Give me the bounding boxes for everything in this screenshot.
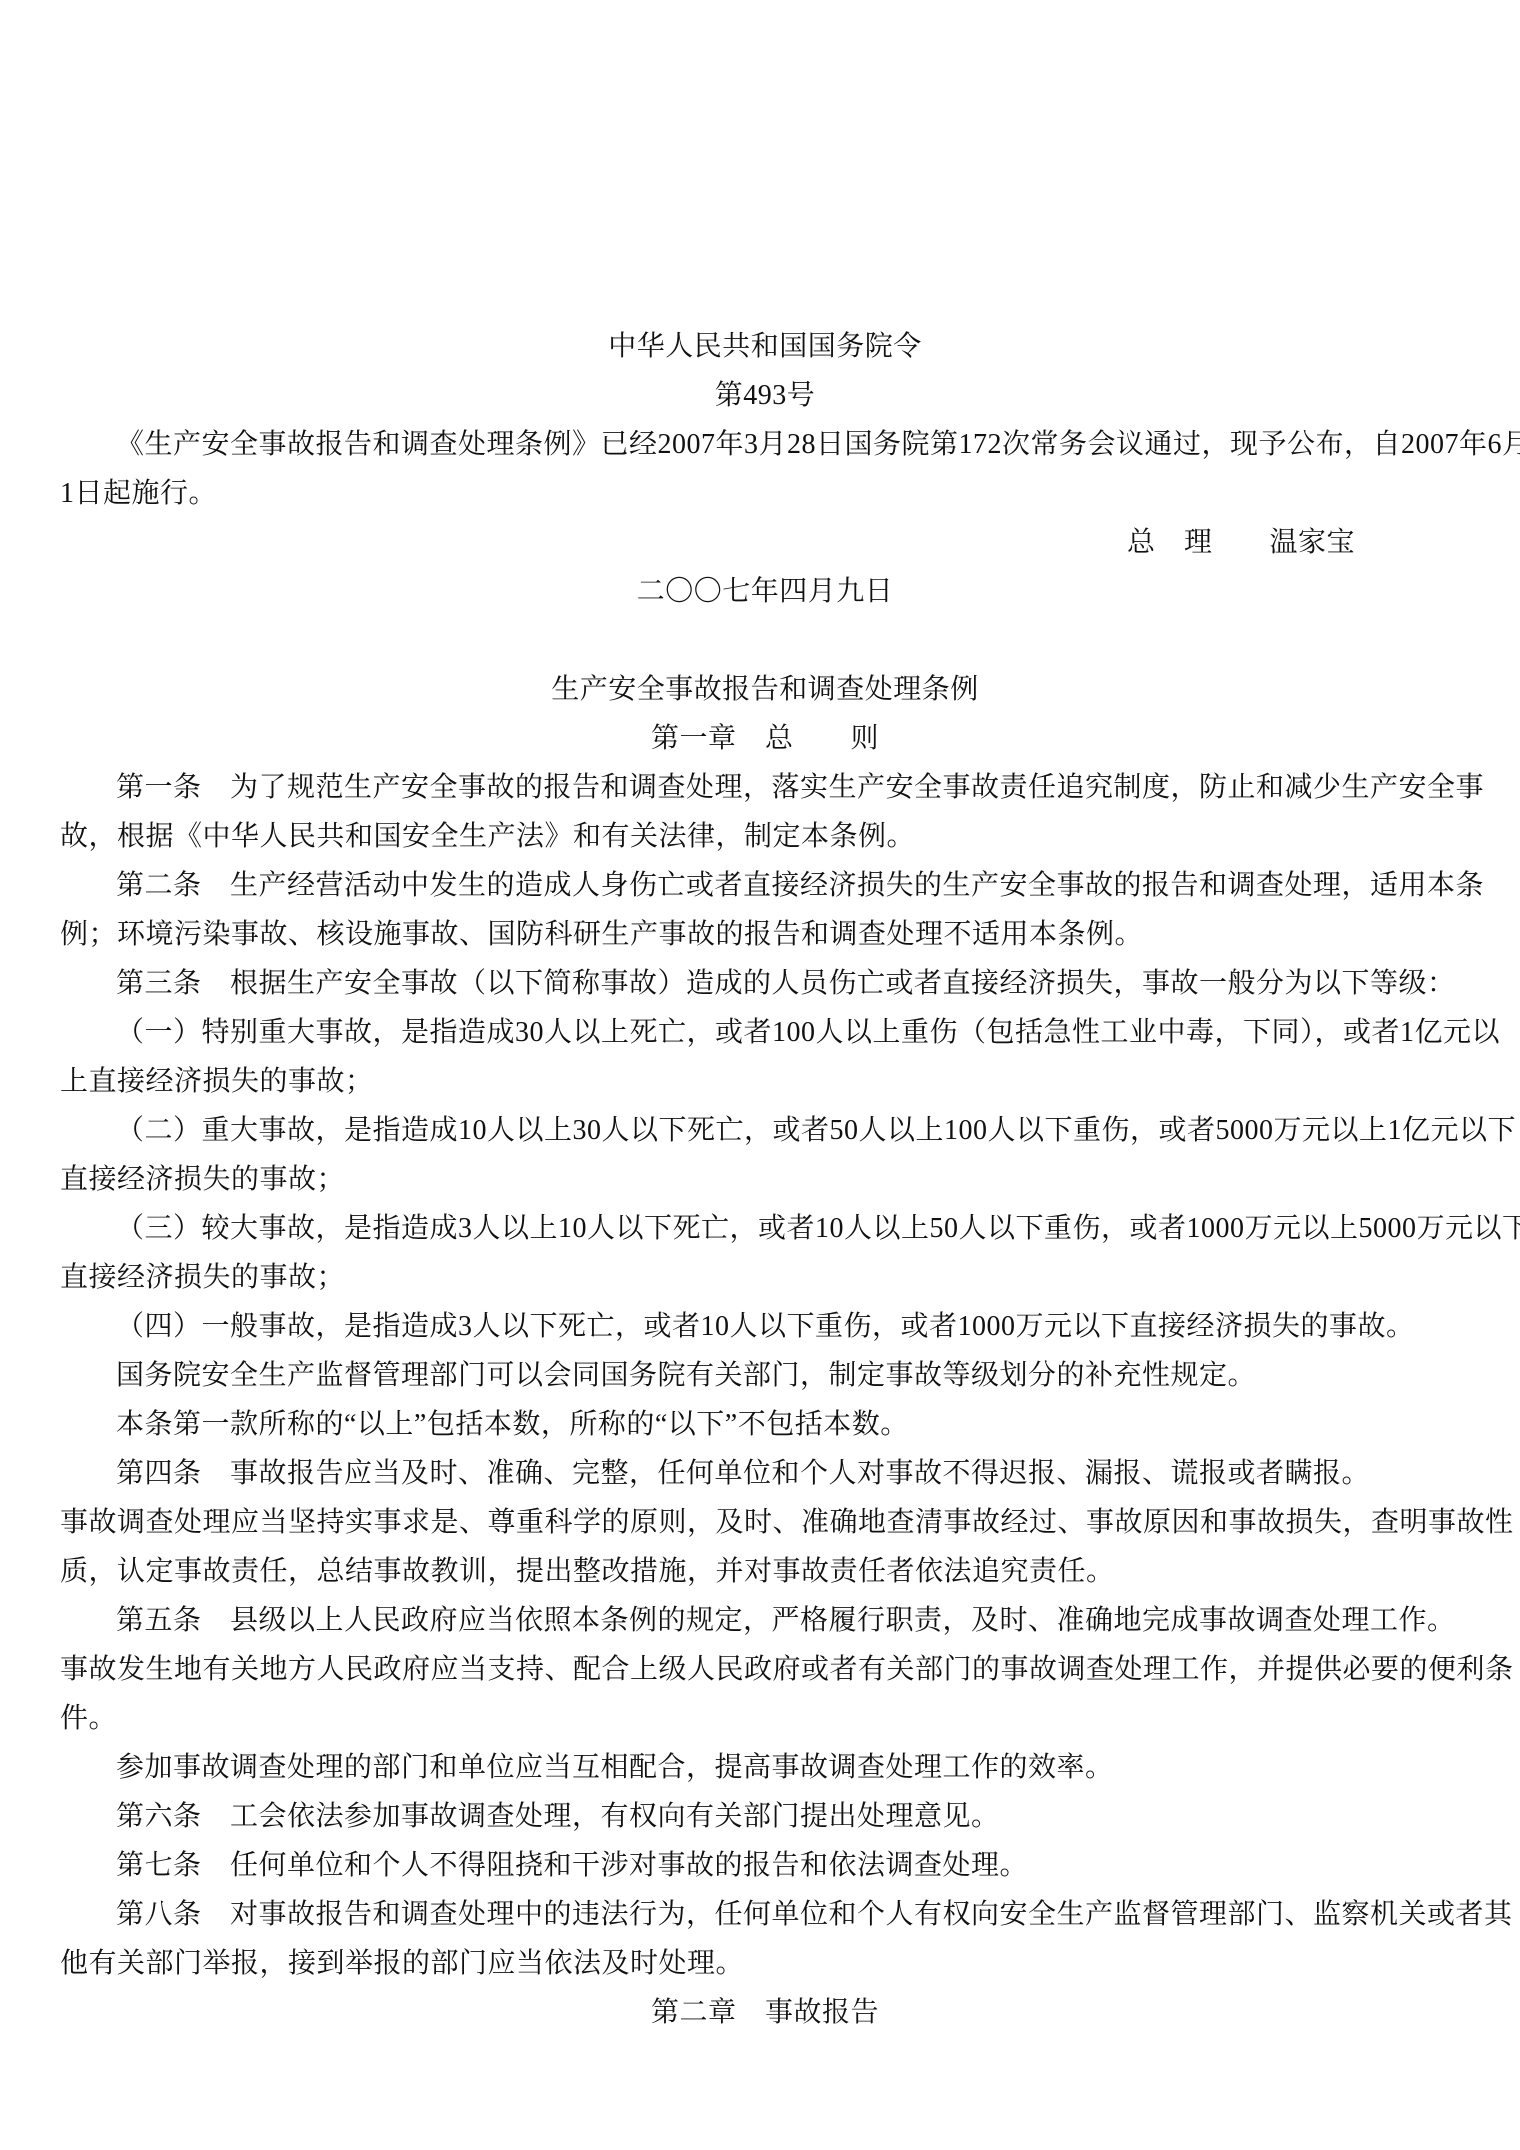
article-4-line-1: 第四条 事故报告应当及时、准确、完整，任何单位和个人对事故不得迟报、漏报、谎报或… [60,1449,1470,1498]
article-3-item-3-line-1: （三）较大事故，是指造成3人以上10人以下死亡，或者10人以上50人以下重伤，或… [60,1204,1470,1253]
article-4-para-2-line-1: 事故调查处理应当坚持实事求是、尊重科学的原则，及时、准确地查清事故经过、事故原因… [60,1498,1470,1547]
article-3-item-4: （四）一般事故，是指造成3人以下死亡，或者10人以下重伤，或者1000万元以下直… [60,1302,1470,1351]
article-7: 第七条 任何单位和个人不得阻挠和干涉对事故的报告和依法调查处理。 [60,1841,1470,1890]
premier-signature: 总 理 温家宝 [60,518,1470,567]
article-3-item-2-line-1: （二）重大事故，是指造成10人以上30人以下死亡，或者50人以上100人以下重伤… [60,1106,1470,1155]
article-3-item-1-line-2: 上直接经济损失的事故； [60,1057,1470,1106]
decree-title: 中华人民共和国国务院令 [60,322,1470,371]
article-3-para-2: 国务院安全生产监督管理部门可以会同国务院有关部门，制定事故等级划分的补充性规定。 [60,1351,1470,1400]
article-3-item-3-line-2: 直接经济损失的事故； [60,1253,1470,1302]
article-1-line-2: 故，根据《中华人民共和国安全生产法》和有关法律，制定本条例。 [60,812,1470,861]
regulation-title: 生产安全事故报告和调查处理条例 [60,665,1470,714]
decree-number: 第493号 [60,371,1470,420]
article-1-line-1: 第一条 为了规范生产安全事故的报告和调查处理，落实生产安全事故责任追究制度，防止… [60,763,1470,812]
article-2-line-1: 第二条 生产经营活动中发生的造成人身伤亡或者直接经济损失的生产安全事故的报告和调… [60,861,1470,910]
spacer-line [60,616,1470,665]
article-5-line-1: 第五条 县级以上人民政府应当依照本条例的规定，严格履行职责，及时、准确地完成事故… [60,1596,1470,1645]
chapter-1-heading: 第一章 总 则 [60,714,1470,763]
article-3-line-1: 第三条 根据生产安全事故（以下简称事故）造成的人员伤亡或者直接经济损失，事故一般… [60,959,1470,1008]
article-2-line-2: 例；环境污染事故、核设施事故、国防科研生产事故的报告和调查处理不适用本条例。 [60,910,1470,959]
article-3-para-3: 本条第一款所称的“以上”包括本数，所称的“以下”不包括本数。 [60,1400,1470,1449]
article-3-item-1-line-1: （一）特别重大事故，是指造成30人以上死亡，或者100人以上重伤（包括急性工业中… [60,1008,1470,1057]
document-page: 中华人民共和国国务院令第493号《生产安全事故报告和调查处理条例》已经2007年… [0,0,1520,2150]
article-8-line-2: 他有关部门举报，接到举报的部门应当依法及时处理。 [60,1939,1470,1988]
promulgation-line-2: 1日起施行。 [60,469,1470,518]
article-5-para-2-line-2: 件。 [60,1694,1470,1743]
article-5-para-3: 参加事故调查处理的部门和单位应当互相配合，提高事故调查处理工作的效率。 [60,1743,1470,1792]
signature-date: 二〇〇七年四月九日 [60,567,1470,616]
article-4-para-2-line-2: 质，认定事故责任，总结事故教训，提出整改措施，并对事故责任者依法追究责任。 [60,1547,1470,1596]
promulgation-line-1: 《生产安全事故报告和调查处理条例》已经2007年3月28日国务院第172次常务会… [60,420,1470,469]
article-6: 第六条 工会依法参加事故调查处理，有权向有关部门提出处理意见。 [60,1792,1470,1841]
document-body: 中华人民共和国国务院令第493号《生产安全事故报告和调查处理条例》已经2007年… [60,322,1470,2037]
article-8-line-1: 第八条 对事故报告和调查处理中的违法行为，任何单位和个人有权向安全生产监督管理部… [60,1890,1470,1939]
article-5-para-2-line-1: 事故发生地有关地方人民政府应当支持、配合上级人民政府或者有关部门的事故调查处理工… [60,1645,1470,1694]
chapter-2-heading: 第二章 事故报告 [60,1988,1470,2037]
article-3-item-2-line-2: 直接经济损失的事故； [60,1155,1470,1204]
